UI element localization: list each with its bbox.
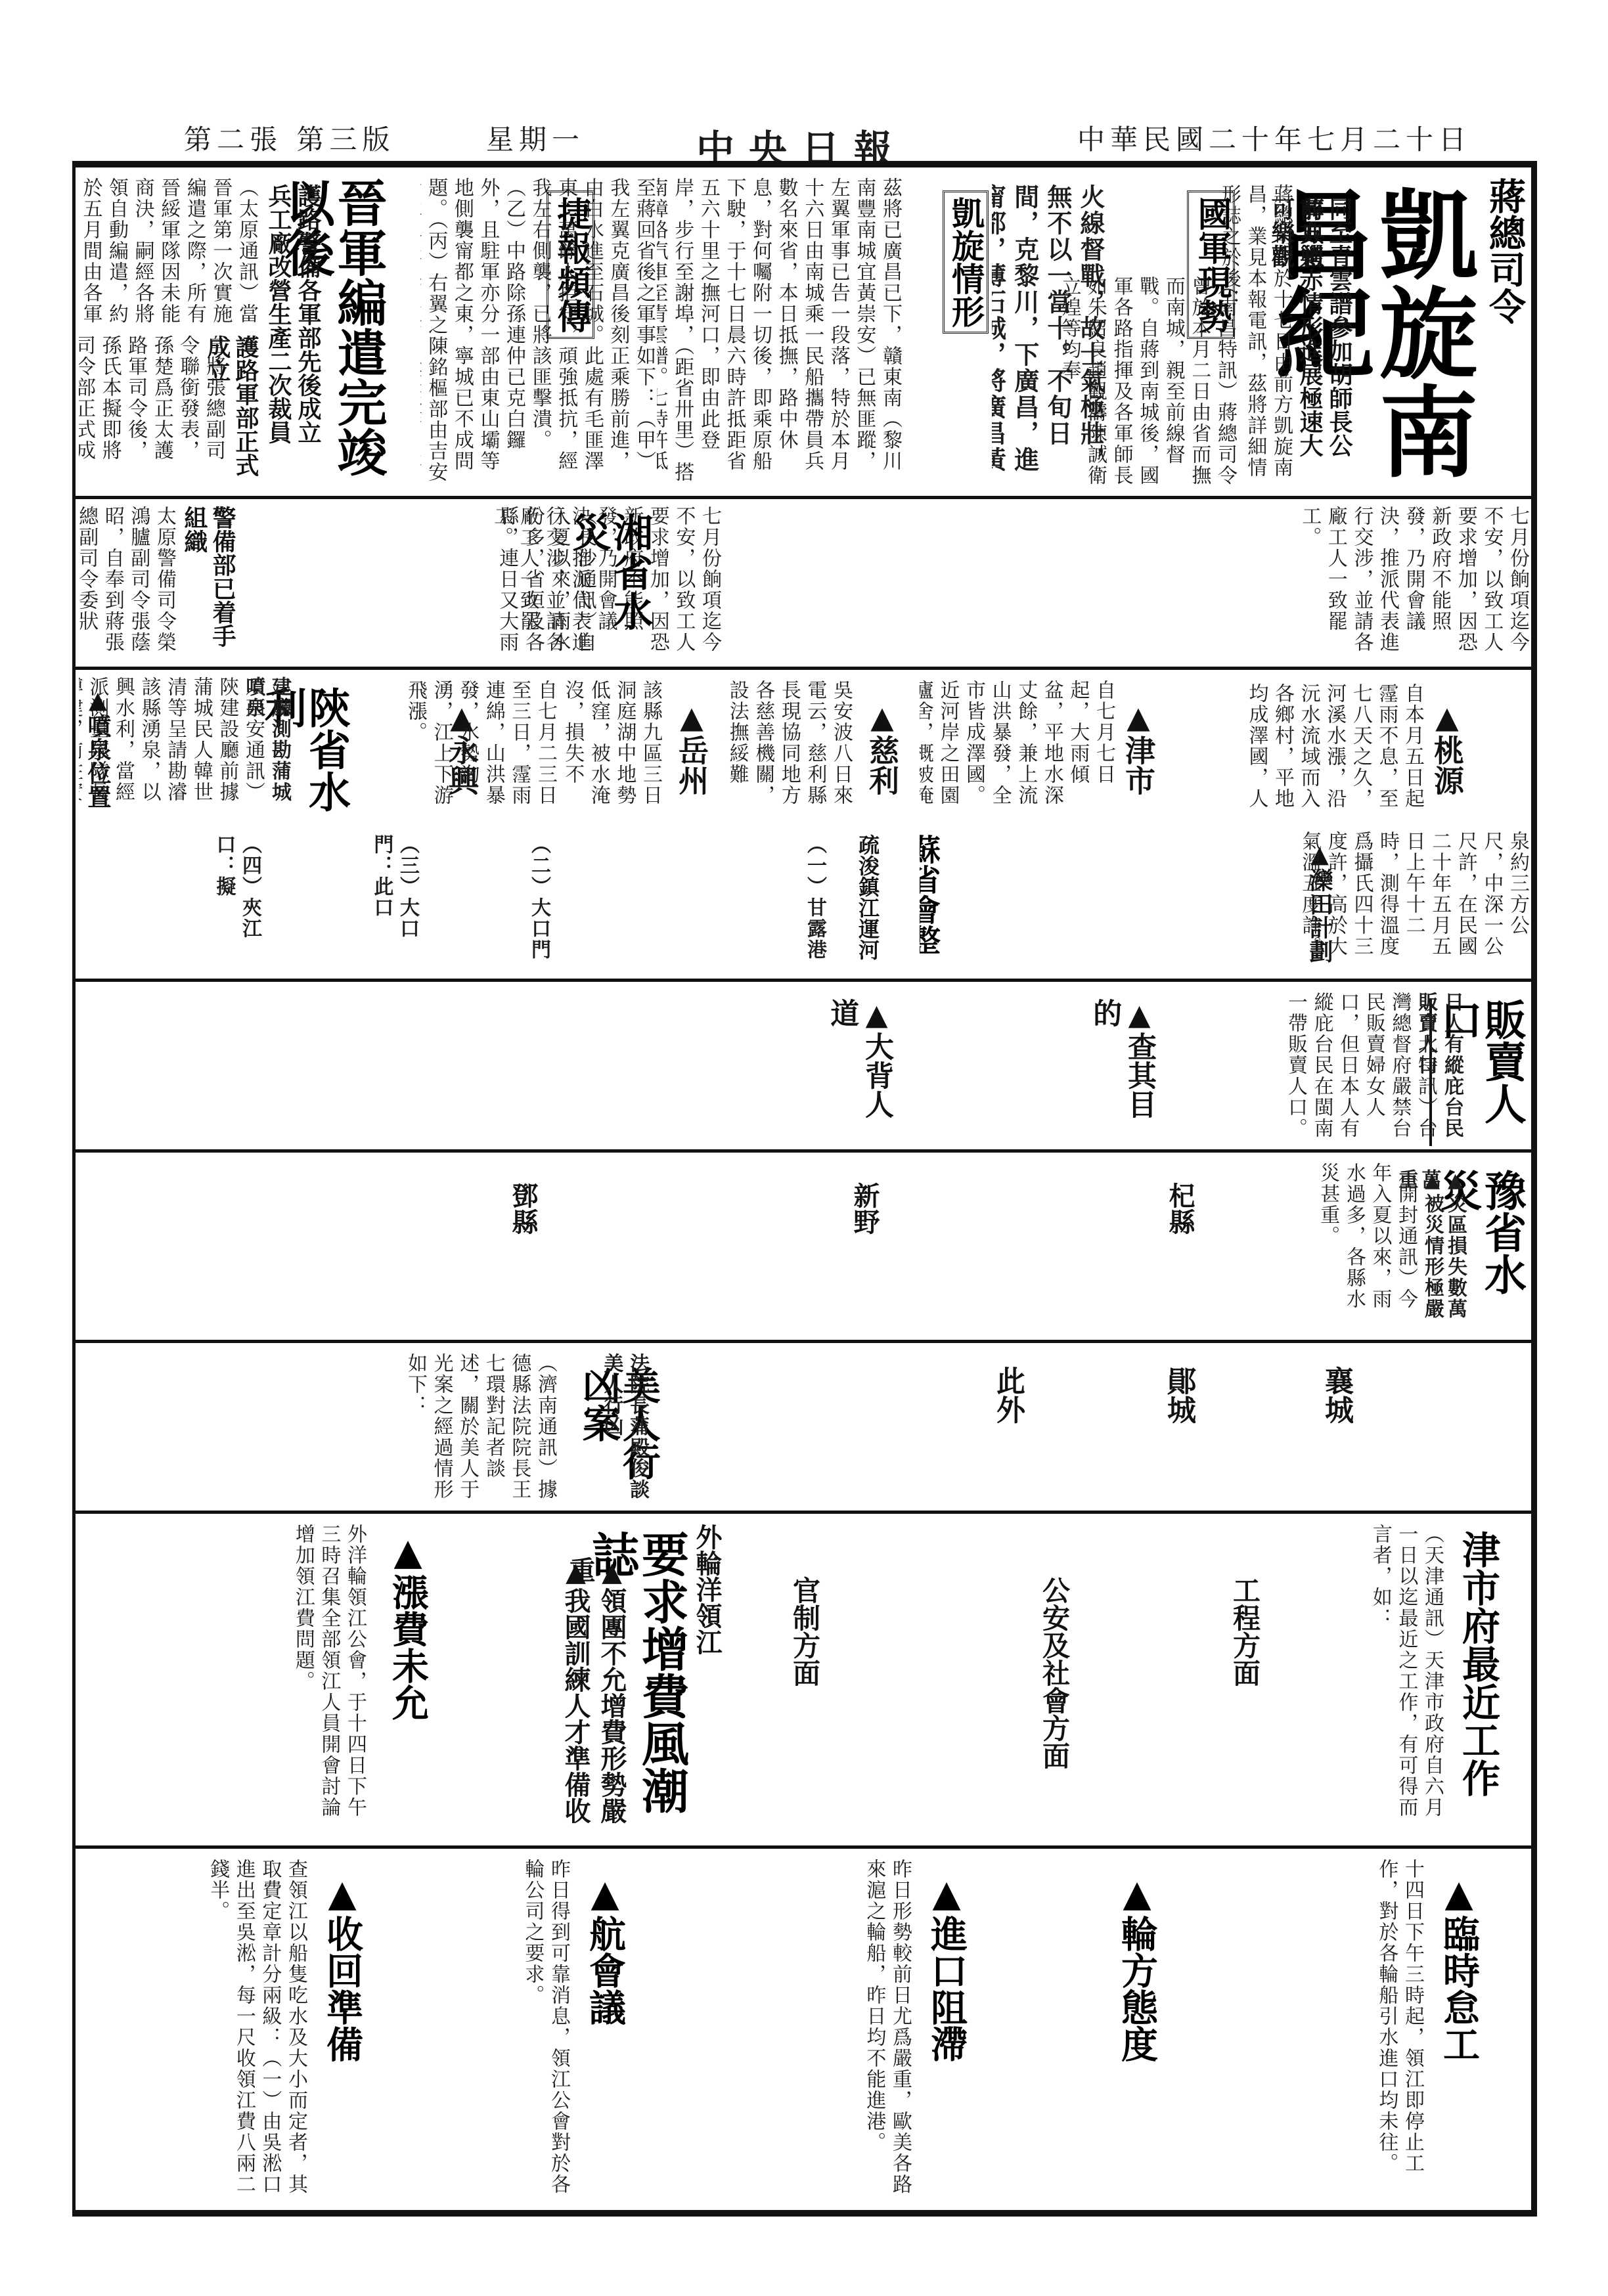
place-heading: 津市 — [1120, 699, 1156, 795]
place-heading: 岳州 — [673, 699, 709, 795]
article-body: 自將張總副司令聯銜發表，孫楚爲正太護路軍司令後，孫氏本擬即將司令部正式成立。 — [82, 335, 227, 479]
article-body: 太原警備司令榮鴻臚副司令張蔭昭，自奉到蔣張總副司令委狀後，亦擬即行組織司令部。乃… — [79, 506, 177, 657]
article-bei-case: 美人行凶案 法院長蒲殿俊談美人行凶 — [558, 1346, 985, 1507]
article-pilots-header: 外輪洋領江 要求增費風潮誌 領團不允增費形勢嚴重 我國訓練人才準備收回 — [558, 1517, 723, 1842]
article-nanchang-continued: 捷報頻傳 至蔣回省後之軍事如下：（甲）我左翼克廣昌後刻正乘勝前進，由白水進至石城… — [420, 171, 657, 493]
section-heading: 進口阻滯 — [927, 1872, 966, 2062]
article-jinshi: 津市 自七月七日起，大雨傾盆，平地水深丈餘，兼上流山洪暴發，全市皆成澤國。近河岸… — [920, 673, 1248, 824]
page-number: 第二張 第三版 — [184, 118, 395, 158]
place-heading: 杞縣 — [1164, 1182, 1195, 1235]
article-cili: 慈利 吳安波八日來電云，慈利縣長現協同地方各慈善機關，設法撫綏難民，施粥賑濟。 — [723, 673, 920, 824]
article-body: （西安通訊）陝建設廳前據蒲城民人韓世清等呈請勘濬該縣湧泉，以興水利，當經派測量隊… — [115, 676, 266, 818]
headline: 蘇省會整理河道 — [920, 834, 939, 975]
section-heading: 航會議 — [585, 1872, 624, 2025]
article-body: （濟南通訊）據德縣法院院長王七環對記者談述，關於美人于光案之經過情形如下： — [99, 1353, 558, 1501]
article-tianjin-sections: 工程方面 公安及社會方面 官制方面 — [723, 1517, 1281, 1842]
article-body: 自本月五日起霪雨不息，至七八天之久，河溪水漲，沿沅水流域而入各鄉村，平地均成澤國… — [1248, 683, 1425, 821]
subhead: 法院長蒲殿俊談美人行凶 — [631, 1353, 650, 1501]
article-hunan-flood: 湘省水災 （長沙通訊）自入夏以來，雨水份多，省垣及各縣，連日又大雨傾盆，湘西湘南… — [493, 502, 657, 663]
masthead: 中華民國二十年七月二十日 中央日報 星期一 第二張 第三版 — [118, 118, 1471, 158]
section-heading: 漲費未允 — [388, 1530, 427, 1721]
section-heading: 官制方面 — [788, 1576, 821, 1687]
section-heading: 收回準備 — [323, 1872, 361, 2062]
article-nanchang: 蔣總司令 凱旋南昌紀 同至青雲譜參加胡師長公葬典禮 前方剿赤情形進展極速大可樂觀… — [992, 171, 1530, 493]
masthead-weekday: 星期一 — [486, 118, 585, 158]
subhead: 我國訓練人才準備收回 — [558, 1556, 591, 1842]
article-jin-army: 晉軍編遣完竣以後 護路警備各軍部先後成立 兵工廠改營生產二次裁員 （太原通訊）當… — [79, 171, 420, 493]
article-tianjin: 津市府最近工作 （天津通訊）天津市政府自六月一日以迄最近之工作，有可得而言者，如… — [1281, 1517, 1530, 1842]
river-item: （三）大口門：此口 — [368, 834, 420, 975]
place-heading: 桃源 — [1429, 699, 1465, 795]
section-heading: 噴泉位置 — [83, 686, 112, 808]
article-henan-flood: 豫省水災 災區損失數萬萬 被災情形極嚴重 （開封通訊）今年入夏以來，雨水過多，各… — [1248, 1156, 1530, 1336]
section-heading: 輪方態度 — [1117, 1872, 1156, 2062]
section-heading: 查其目的 — [1086, 998, 1156, 1146]
article-body: 查領江以船隻吃水及大小而定者，其取費定章計分兩級：（一）由吳淞口進出至吳淞，每一… — [99, 1859, 309, 2200]
article-body: 泉約三方公尺，中深一公尺許，在民國二十年五月五日上午十二時，測得溫度爲攝氏四十三… — [1340, 831, 1530, 969]
article-body: 昨日形勢較前日尤爲嚴重，歐美各路來滬之輪船，昨日均不能進港。 — [631, 1859, 913, 2200]
river-item: （二）大口門 — [525, 834, 552, 960]
article-body: 十四日下午三時起，領江即停止工作，對於各輪船引水進口均未往。 — [1163, 1859, 1425, 2200]
headline: 津市府最近工作 — [1458, 1530, 1498, 1797]
section-heading: 臨時怠工 — [1439, 1872, 1478, 2062]
article-pilots-section: 漲費未允 外洋輪領江公會，于十四日下午三時召集全部領江人員開會討論增加領江費問題… — [99, 1517, 558, 1842]
article-bei-case-body: （濟南通訊）據德縣法院院長王七環對記者談述，關於美人于光案之經過情形如下： — [99, 1346, 558, 1507]
article-body: 昨日得到可靠消息，領江公會對於各輪公司之要求。 — [368, 1859, 571, 2200]
article-jiangsu-river-items: 疏浚鎮江運河 （一）甘露港 （二）大口門 （三）大口門：此口 （四）夾江口：擬 — [99, 828, 920, 975]
article-body: 該縣九區三日洞庭湖中地勢低窪，被水淹沒，損失不少。 — [558, 680, 663, 821]
dateline: （天津通訊）天津市政府自六月一日以迄最近之工作，有可得而言者，如： — [1281, 1524, 1445, 1832]
place-heading: 新野 — [849, 1182, 880, 1235]
article-workers-continued: 七月份餉項迄今不安，以致工人要求增加，因恐新政府不能照發，乃開會議決，推派代表進… — [657, 502, 1530, 663]
subhead: 建廳測勘蒲城噴泉 — [273, 676, 292, 818]
place-heading: 鄖城 — [1161, 1366, 1195, 1424]
subhead: 兵工廠改營生產二次裁員 — [264, 184, 292, 460]
lead: 日人有縱庇台民販賣人口 — [1445, 992, 1465, 1139]
section-heading: 工程方面 — [1228, 1576, 1261, 1687]
article-henan-places: 杞縣 新野 鄧縣 — [99, 1156, 1248, 1336]
article-body: 茲將已廣昌已下，贛東南（黎川南豐南城宜黃崇安）已無匪蹤，左翼軍事已告一段落，特於… — [657, 177, 903, 486]
place-heading: 襄城 — [1318, 1366, 1353, 1424]
article-garrison: 警備部已着手組織 太原警備司令榮鴻臚副司令張蔭昭，自奉到蔣張總副司令委狀後，亦擬… — [79, 502, 236, 663]
article-yuezhou: 岳州 該縣九區三日洞庭湖中地勢低窪，被水淹沒，損失不少。 — [558, 673, 723, 824]
dateline: （開封通訊）今年入夏以來，雨水過多，各縣水災甚重。 — [1248, 1162, 1419, 1327]
section-heading: 大背人道 — [824, 998, 893, 1146]
article-yongxing: 永興 自七月二三日至三日，霪雨連綿，山洪暴發，水勢洶湧，江上下游飛漲。 — [361, 673, 558, 824]
tier-divider — [76, 1845, 1534, 1849]
kicker: 外輪洋領江 — [691, 1524, 723, 1655]
article-jiangsu-river: 蘇省會整理河道 — [920, 828, 1248, 975]
article-nanchang-continued: 凱旋情形 茲將已廣昌已下，贛東南（黎川南豐南城宜黃崇安）已無匪蹤，左翼軍事已告一… — [657, 171, 992, 493]
place-heading: 鄧縣 — [507, 1182, 539, 1235]
article-body: 自七月七日起，大雨傾盆，平地水深丈餘，兼上流山洪暴發，全市皆成澤國。近河岸之田園… — [920, 680, 1117, 821]
article-body: 吳安波八日來電云，慈利縣長現協同地方各慈善機關，設法撫綏難民，施粥賑濟。 — [723, 680, 854, 821]
article-body: 外洋輪領江公會，于十四日下午三時召集全部領江人員開會討論增加領江費問題。 — [99, 1524, 368, 1836]
tier-divider — [76, 979, 1534, 982]
dateline: （南昌特訊）蔣總司令曾於本月二日由省而撫而南城，親至前線督戰。自蔣到南城後，國軍… — [1107, 276, 1238, 486]
article-shaanxi: 陝省水利 建廳測勘蒲城噴泉 （西安通訊）陝建設廳前據蒲城民人韓世清等呈請勘濬該縣… — [79, 673, 361, 824]
article-body: 火線督戰，故士氣極壯，無不以一當十。不旬日間，克黎川，下廣昌，進甯都，薄石城，將… — [992, 184, 1107, 486]
article-trafficking: 販賣人口 日人有縱庇台民販賣人口 （台北特訊）台灣總督府嚴禁台民販賣婦女人口，但… — [723, 985, 1530, 1146]
article-body: 七月份餉項迄今不安，以致工人要求增加，因恐新政府不能照發，乃開會議決，推派代表進… — [657, 506, 1530, 660]
article-body: 自七月二三日至三日，霪雨連綿，山洪暴發，水勢洶湧，江上下游飛漲。 — [486, 680, 558, 821]
dateline: （長沙通訊）自入夏以來，雨水份多，省垣及各縣，連日又大雨傾盆，湘西湘南山洪暴發， — [493, 506, 598, 660]
place-heading: 此外 — [990, 1366, 1025, 1424]
article-body: （太原通訊）當晉軍第一次實施編遣之際，所有晉綏軍隊因未能商決，嗣經各將領自動編遣… — [79, 177, 259, 328]
tier-divider — [76, 1149, 1534, 1153]
river-item: （四）夾江口：擬 — [211, 834, 263, 975]
masthead-date: 中華民國二十年七月二十日 — [1077, 118, 1471, 158]
tier-divider — [76, 1511, 1534, 1514]
tier-divider — [76, 667, 1534, 670]
tier-divider — [76, 1340, 1534, 1343]
lead-paragraph: 蔣總司令於十七日由前方凱旋南昌，業見本報電訊，茲將詳細情形誌之於後： — [1245, 184, 1294, 486]
section-heading: 公安及社會方面 — [1038, 1576, 1071, 1769]
article-body: （台北特訊）台灣總督府嚴禁台民販賣婦女人口，但日本人有縱庇台民在閩南一帶販賣人口… — [1163, 992, 1439, 1139]
subhead: 疏浚鎮江運河 — [855, 834, 880, 960]
headline: 警備部已着手組織 — [180, 506, 236, 657]
article-quanlan: 灤田計劃 泉約三方公尺，中深一公尺許，在民國二十年五月五日上午十二時，測得溫度爲… — [1248, 828, 1530, 975]
article-body: 至蔣回省後之軍事如下：（甲）我左翼克廣昌後刻正乘勝前進，由白水進至石城。此處有毛… — [420, 177, 657, 486]
article-henan-continued: 襄城 鄖城 此外 — [985, 1346, 1530, 1507]
tier-divider — [76, 496, 1534, 499]
section-box: 凱旋情形 — [943, 190, 989, 334]
river-item: （一）甘露港 — [801, 834, 828, 960]
article-pilots-continued: 臨時怠工 輪方態度 進口阻滯 航會議 收回準備 十四日下午三時起，領江即停止工作… — [99, 1852, 1530, 2207]
place-heading: 慈利 — [864, 699, 900, 795]
subhead: 護路警備各軍部先後成立 — [294, 184, 322, 460]
kicker: 蔣總司令 — [1485, 177, 1524, 324]
